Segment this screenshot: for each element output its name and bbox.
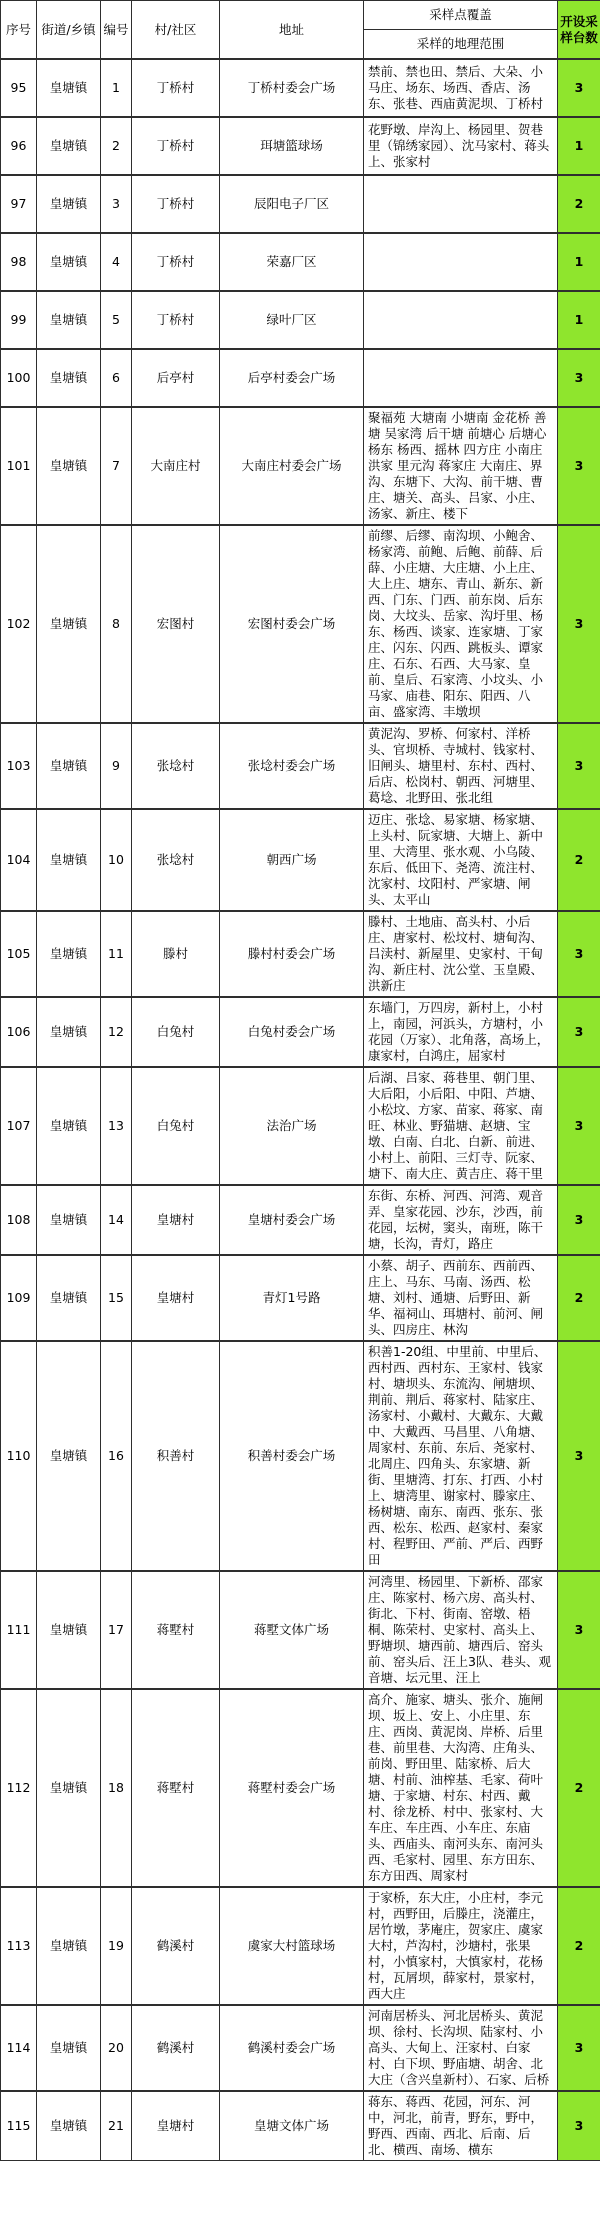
village-cell: 张埝村 xyxy=(132,809,220,911)
table-row: 96 皇塘镇 2 丁桥村 珥塘篮球场 花野墩、岸沟上、杨园里、贺巷里（锦绣家园）… xyxy=(1,117,600,175)
stations-count-cell: 1 xyxy=(558,117,600,175)
street-cell: 皇塘镇 xyxy=(37,407,101,525)
village-cell: 丁桥村 xyxy=(132,175,220,233)
table-row: 115 皇塘镇 21 皇塘村 皇塘文体广场 蒋东、蒋西、花园，河东、河中，河北，… xyxy=(1,2091,600,2161)
table-row: 113 皇塘镇 19 鹤溪村 虞家大村篮球场 于家桥，东大庄，小庄村，李元村，西… xyxy=(1,1887,600,2005)
stations-count-cell: 2 xyxy=(558,1689,600,1887)
table-row: 103 皇塘镇 9 张埝村 张埝村委会广场 黄泥沟、罗桥、何家村、洋桥头、官坝桥… xyxy=(1,723,600,809)
stations-count-cell: 3 xyxy=(558,59,600,117)
header-street: 街道/乡镇 xyxy=(37,1,101,60)
number-cell: 19 xyxy=(101,1887,132,2005)
village-cell: 皇塘村 xyxy=(132,1185,220,1255)
village-cell: 大南庄村 xyxy=(132,407,220,525)
coverage-cell: 花野墩、岸沟上、杨园里、贺巷里（锦绣家园）、沈马家村、蒋头上、张家村 xyxy=(364,117,558,175)
number-cell: 16 xyxy=(101,1341,132,1571)
street-cell: 皇塘镇 xyxy=(37,2091,101,2161)
serial-cell: 98 xyxy=(1,233,37,291)
number-cell: 5 xyxy=(101,291,132,349)
stations-count-cell: 2 xyxy=(558,809,600,911)
village-cell: 蒋墅村 xyxy=(132,1571,220,1689)
serial-cell: 100 xyxy=(1,349,37,407)
header-coverage-sub: 采样的地理范围 xyxy=(364,30,558,60)
serial-cell: 104 xyxy=(1,809,37,911)
address-cell: 丁桥村委会广场 xyxy=(220,59,364,117)
stations-count-cell: 2 xyxy=(558,1887,600,2005)
coverage-cell: 于家桥，东大庄，小庄村，李元村，西野田，后滕庄，浇灌庄，居竹墩，茅庵庄，贺家庄、… xyxy=(364,1887,558,2005)
stations-count-cell: 1 xyxy=(558,233,600,291)
coverage-cell: 高介、施家、塘头、张介、施闸坝、坂上、安上、小庄里、东庄、西岗、黄泥岗、岸桥、后… xyxy=(364,1689,558,1887)
coverage-cell: 积善1-20组、中里前、中里后、西村西、西村东、王家村、钱家村、塘坝头、东流沟、… xyxy=(364,1341,558,1571)
street-cell: 皇塘镇 xyxy=(37,911,101,997)
table-header: 序号 街道/乡镇 编号 村/社区 地址 采样点覆盖 开设采样台数 采样的地理范围 xyxy=(1,1,600,60)
coverage-cell xyxy=(364,349,558,407)
address-cell: 张埝村委会广场 xyxy=(220,723,364,809)
stations-count-cell: 3 xyxy=(558,2091,600,2161)
table-row: 95 皇塘镇 1 丁桥村 丁桥村委会广场 禁前、禁也田、禁后、大朵、小马庄、场东… xyxy=(1,59,600,117)
table-row: 102 皇塘镇 8 宏图村 宏图村委会广场 前缪、后缪、南沟坝、小鲍舍、杨家湾、… xyxy=(1,525,600,723)
street-cell: 皇塘镇 xyxy=(37,59,101,117)
coverage-cell xyxy=(364,175,558,233)
header-coverage: 采样点覆盖 xyxy=(364,1,558,30)
serial-cell: 107 xyxy=(1,1067,37,1185)
address-cell: 积善村委会广场 xyxy=(220,1341,364,1571)
serial-cell: 115 xyxy=(1,2091,37,2161)
stations-count-cell: 3 xyxy=(558,525,600,723)
address-cell: 虞家大村篮球场 xyxy=(220,1887,364,2005)
coverage-cell: 小蔡、胡子、西前东、西前西、庄上、马东、马南、汤西、松塘、刘村、通塘、后野田、新… xyxy=(364,1255,558,1341)
address-cell: 蒋墅文体广场 xyxy=(220,1571,364,1689)
table-row: 107 皇塘镇 13 白兔村 法治广场 后湖、吕家、蒋巷里、朝门里、大后阳，小后… xyxy=(1,1067,600,1185)
address-cell: 滕村村委会广场 xyxy=(220,911,364,997)
village-cell: 滕村 xyxy=(132,911,220,997)
stations-count-cell: 3 xyxy=(558,997,600,1067)
address-cell: 蒋墅村委会广场 xyxy=(220,1689,364,1887)
address-cell: 青灯1号路 xyxy=(220,1255,364,1341)
address-cell: 绿叶厂区 xyxy=(220,291,364,349)
address-cell: 鹤溪村委会广场 xyxy=(220,2005,364,2091)
stations-count-cell: 3 xyxy=(558,1571,600,1689)
number-cell: 20 xyxy=(101,2005,132,2091)
number-cell: 12 xyxy=(101,997,132,1067)
number-cell: 7 xyxy=(101,407,132,525)
table-row: 111 皇塘镇 17 蒋墅村 蒋墅文体广场 河湾里、杨园里、下新桥、邵家庄、陈家… xyxy=(1,1571,600,1689)
stations-count-cell: 1 xyxy=(558,291,600,349)
village-cell: 积善村 xyxy=(132,1341,220,1571)
table-row: 98 皇塘镇 4 丁桥村 荣嘉厂区 1 xyxy=(1,233,600,291)
street-cell: 皇塘镇 xyxy=(37,997,101,1067)
serial-cell: 106 xyxy=(1,997,37,1067)
table-row: 99 皇塘镇 5 丁桥村 绿叶厂区 1 xyxy=(1,291,600,349)
header-serial: 序号 xyxy=(1,1,37,60)
header-stations: 开设采样台数 xyxy=(558,1,600,60)
village-cell: 张埝村 xyxy=(132,723,220,809)
serial-cell: 102 xyxy=(1,525,37,723)
serial-cell: 113 xyxy=(1,1887,37,2005)
table-row: 112 皇塘镇 18 蒋墅村 蒋墅村委会广场 高介、施家、塘头、张介、施闸坝、坂… xyxy=(1,1689,600,1887)
serial-cell: 112 xyxy=(1,1689,37,1887)
serial-cell: 110 xyxy=(1,1341,37,1571)
serial-cell: 95 xyxy=(1,59,37,117)
stations-count-cell: 3 xyxy=(558,349,600,407)
street-cell: 皇塘镇 xyxy=(37,1689,101,1887)
number-cell: 17 xyxy=(101,1571,132,1689)
stations-count-cell: 3 xyxy=(558,1341,600,1571)
table-row: 109 皇塘镇 15 皇塘村 青灯1号路 小蔡、胡子、西前东、西前西、庄上、马东… xyxy=(1,1255,600,1341)
street-cell: 皇塘镇 xyxy=(37,1341,101,1571)
header-village: 村/社区 xyxy=(132,1,220,60)
table-row: 106 皇塘镇 12 白兔村 白兔村委会广场 东墙门，万四房，新村上，小村上，南… xyxy=(1,997,600,1067)
address-cell: 法治广场 xyxy=(220,1067,364,1185)
village-cell: 丁桥村 xyxy=(132,291,220,349)
village-cell: 皇塘村 xyxy=(132,2091,220,2161)
coverage-cell xyxy=(364,291,558,349)
address-cell: 珥塘篮球场 xyxy=(220,117,364,175)
number-cell: 4 xyxy=(101,233,132,291)
coverage-cell xyxy=(364,233,558,291)
serial-cell: 108 xyxy=(1,1185,37,1255)
number-cell: 10 xyxy=(101,809,132,911)
village-cell: 白兔村 xyxy=(132,1067,220,1185)
coverage-cell: 河南居桥头、河北居桥头、黄泥坝、徐村、长沟坝、陆家村、小高头、大甸上、汪家村、白… xyxy=(364,2005,558,2091)
number-cell: 21 xyxy=(101,2091,132,2161)
address-cell: 白兔村委会广场 xyxy=(220,997,364,1067)
number-cell: 3 xyxy=(101,175,132,233)
address-cell: 皇塘村委会广场 xyxy=(220,1185,364,1255)
coverage-cell: 迈庄、张埝、易家塘、杨家塘、上头村、阮家塘、大塘上、新中里、大湾里、张水观、小乌… xyxy=(364,809,558,911)
village-cell: 白兔村 xyxy=(132,997,220,1067)
stations-count-cell: 3 xyxy=(558,911,600,997)
street-cell: 皇塘镇 xyxy=(37,1067,101,1185)
stations-count-cell: 3 xyxy=(558,407,600,525)
stations-count-cell: 3 xyxy=(558,723,600,809)
table-body: 95 皇塘镇 1 丁桥村 丁桥村委会广场 禁前、禁也田、禁后、大朵、小马庄、场东… xyxy=(1,59,600,2161)
street-cell: 皇塘镇 xyxy=(37,723,101,809)
coverage-cell: 东墙门，万四房，新村上，小村上，南园，河浜头，方塘村，小花园（万家）、北角落，高… xyxy=(364,997,558,1067)
street-cell: 皇塘镇 xyxy=(37,291,101,349)
number-cell: 18 xyxy=(101,1689,132,1887)
table-row: 108 皇塘镇 14 皇塘村 皇塘村委会广场 东街、东桥、河西、河湾、观音弄、皇… xyxy=(1,1185,600,1255)
street-cell: 皇塘镇 xyxy=(37,525,101,723)
stations-count-cell: 2 xyxy=(558,1255,600,1341)
serial-cell: 97 xyxy=(1,175,37,233)
stations-count-cell: 3 xyxy=(558,1067,600,1185)
coverage-cell: 前缪、后缪、南沟坝、小鲍舍、杨家湾、前鲍、后鲍、前薛、后薛、小庄塘、大庄塘、小上… xyxy=(364,525,558,723)
table-row: 97 皇塘镇 3 丁桥村 辰阳电子厂区 2 xyxy=(1,175,600,233)
coverage-cell: 聚福苑 大塘南 小塘南 金花桥 善塘 吴家湾 后干塘 前塘心 后塘心 杨东 杨西… xyxy=(364,407,558,525)
street-cell: 皇塘镇 xyxy=(37,1185,101,1255)
street-cell: 皇塘镇 xyxy=(37,233,101,291)
number-cell: 11 xyxy=(101,911,132,997)
coverage-cell: 后湖、吕家、蒋巷里、朝门里、大后阳，小后阳、中阳、芦塘、小松坟、方家、苗家、蒋家… xyxy=(364,1067,558,1185)
village-cell: 宏图村 xyxy=(132,525,220,723)
serial-cell: 96 xyxy=(1,117,37,175)
stations-count-cell: 2 xyxy=(558,175,600,233)
village-cell: 鹤溪村 xyxy=(132,1887,220,2005)
table-row: 101 皇塘镇 7 大南庄村 大南庄村委会广场 聚福苑 大塘南 小塘南 金花桥 … xyxy=(1,407,600,525)
street-cell: 皇塘镇 xyxy=(37,1571,101,1689)
serial-cell: 103 xyxy=(1,723,37,809)
serial-cell: 99 xyxy=(1,291,37,349)
address-cell: 皇塘文体广场 xyxy=(220,2091,364,2161)
number-cell: 6 xyxy=(101,349,132,407)
village-cell: 丁桥村 xyxy=(132,59,220,117)
village-cell: 蒋墅村 xyxy=(132,1689,220,1887)
village-cell: 皇塘村 xyxy=(132,1255,220,1341)
street-cell: 皇塘镇 xyxy=(37,175,101,233)
village-cell: 鹤溪村 xyxy=(132,2005,220,2091)
table-row: 104 皇塘镇 10 张埝村 朝西广场 迈庄、张埝、易家塘、杨家塘、上头村、阮家… xyxy=(1,809,600,911)
header-number: 编号 xyxy=(101,1,132,60)
serial-cell: 111 xyxy=(1,1571,37,1689)
village-cell: 后亭村 xyxy=(132,349,220,407)
village-cell: 丁桥村 xyxy=(132,117,220,175)
street-cell: 皇塘镇 xyxy=(37,1255,101,1341)
number-cell: 9 xyxy=(101,723,132,809)
stations-count-cell: 3 xyxy=(558,1185,600,1255)
address-cell: 辰阳电子厂区 xyxy=(220,175,364,233)
street-cell: 皇塘镇 xyxy=(37,2005,101,2091)
coverage-cell: 河湾里、杨园里、下新桥、邵家庄、陈家村、杨六房、高头村、街北、下村、街南、窑墩、… xyxy=(364,1571,558,1689)
street-cell: 皇塘镇 xyxy=(37,117,101,175)
number-cell: 1 xyxy=(101,59,132,117)
table-row: 100 皇塘镇 6 后亭村 后亭村委会广场 3 xyxy=(1,349,600,407)
coverage-cell: 东街、东桥、河西、河湾、观音弄、皇家花园、沙东，沙西，前花园，坛树，窦头，南班，… xyxy=(364,1185,558,1255)
stations-count-cell: 3 xyxy=(558,2005,600,2091)
number-cell: 2 xyxy=(101,117,132,175)
address-cell: 荣嘉厂区 xyxy=(220,233,364,291)
address-cell: 大南庄村委会广场 xyxy=(220,407,364,525)
address-cell: 宏图村委会广场 xyxy=(220,525,364,723)
village-cell: 丁桥村 xyxy=(132,233,220,291)
number-cell: 8 xyxy=(101,525,132,723)
number-cell: 15 xyxy=(101,1255,132,1341)
number-cell: 13 xyxy=(101,1067,132,1185)
serial-cell: 105 xyxy=(1,911,37,997)
serial-cell: 101 xyxy=(1,407,37,525)
table-row: 110 皇塘镇 16 积善村 积善村委会广场 积善1-20组、中里前、中里后、西… xyxy=(1,1341,600,1571)
street-cell: 皇塘镇 xyxy=(37,809,101,911)
header-address: 地址 xyxy=(220,1,364,60)
sampling-points-table: 序号 街道/乡镇 编号 村/社区 地址 采样点覆盖 开设采样台数 采样的地理范围… xyxy=(0,0,600,2161)
street-cell: 皇塘镇 xyxy=(37,1887,101,2005)
street-cell: 皇塘镇 xyxy=(37,349,101,407)
coverage-cell: 禁前、禁也田、禁后、大朵、小马庄、场东、场西、香店、汤东、张巷、西庙黄泥坝、丁桥… xyxy=(364,59,558,117)
serial-cell: 114 xyxy=(1,2005,37,2091)
coverage-cell: 黄泥沟、罗桥、何家村、洋桥头、官坝桥、寺城村、钱家村、旧闸头、塘里村、东村、西村… xyxy=(364,723,558,809)
number-cell: 14 xyxy=(101,1185,132,1255)
address-cell: 朝西广场 xyxy=(220,809,364,911)
table-row: 114 皇塘镇 20 鹤溪村 鹤溪村委会广场 河南居桥头、河北居桥头、黄泥坝、徐… xyxy=(1,2005,600,2091)
coverage-cell: 滕村、土地庙、高头村、小后庄、唐家村、松坟村、塘甸沟、吕渎村、新屋里、史家村、干… xyxy=(364,911,558,997)
address-cell: 后亭村委会广场 xyxy=(220,349,364,407)
serial-cell: 109 xyxy=(1,1255,37,1341)
coverage-cell: 蒋东、蒋西、花园，河东、河中，河北，前青，野东，野中，野西、西南、西北、后南、后… xyxy=(364,2091,558,2161)
table-row: 105 皇塘镇 11 滕村 滕村村委会广场 滕村、土地庙、高头村、小后庄、唐家村… xyxy=(1,911,600,997)
